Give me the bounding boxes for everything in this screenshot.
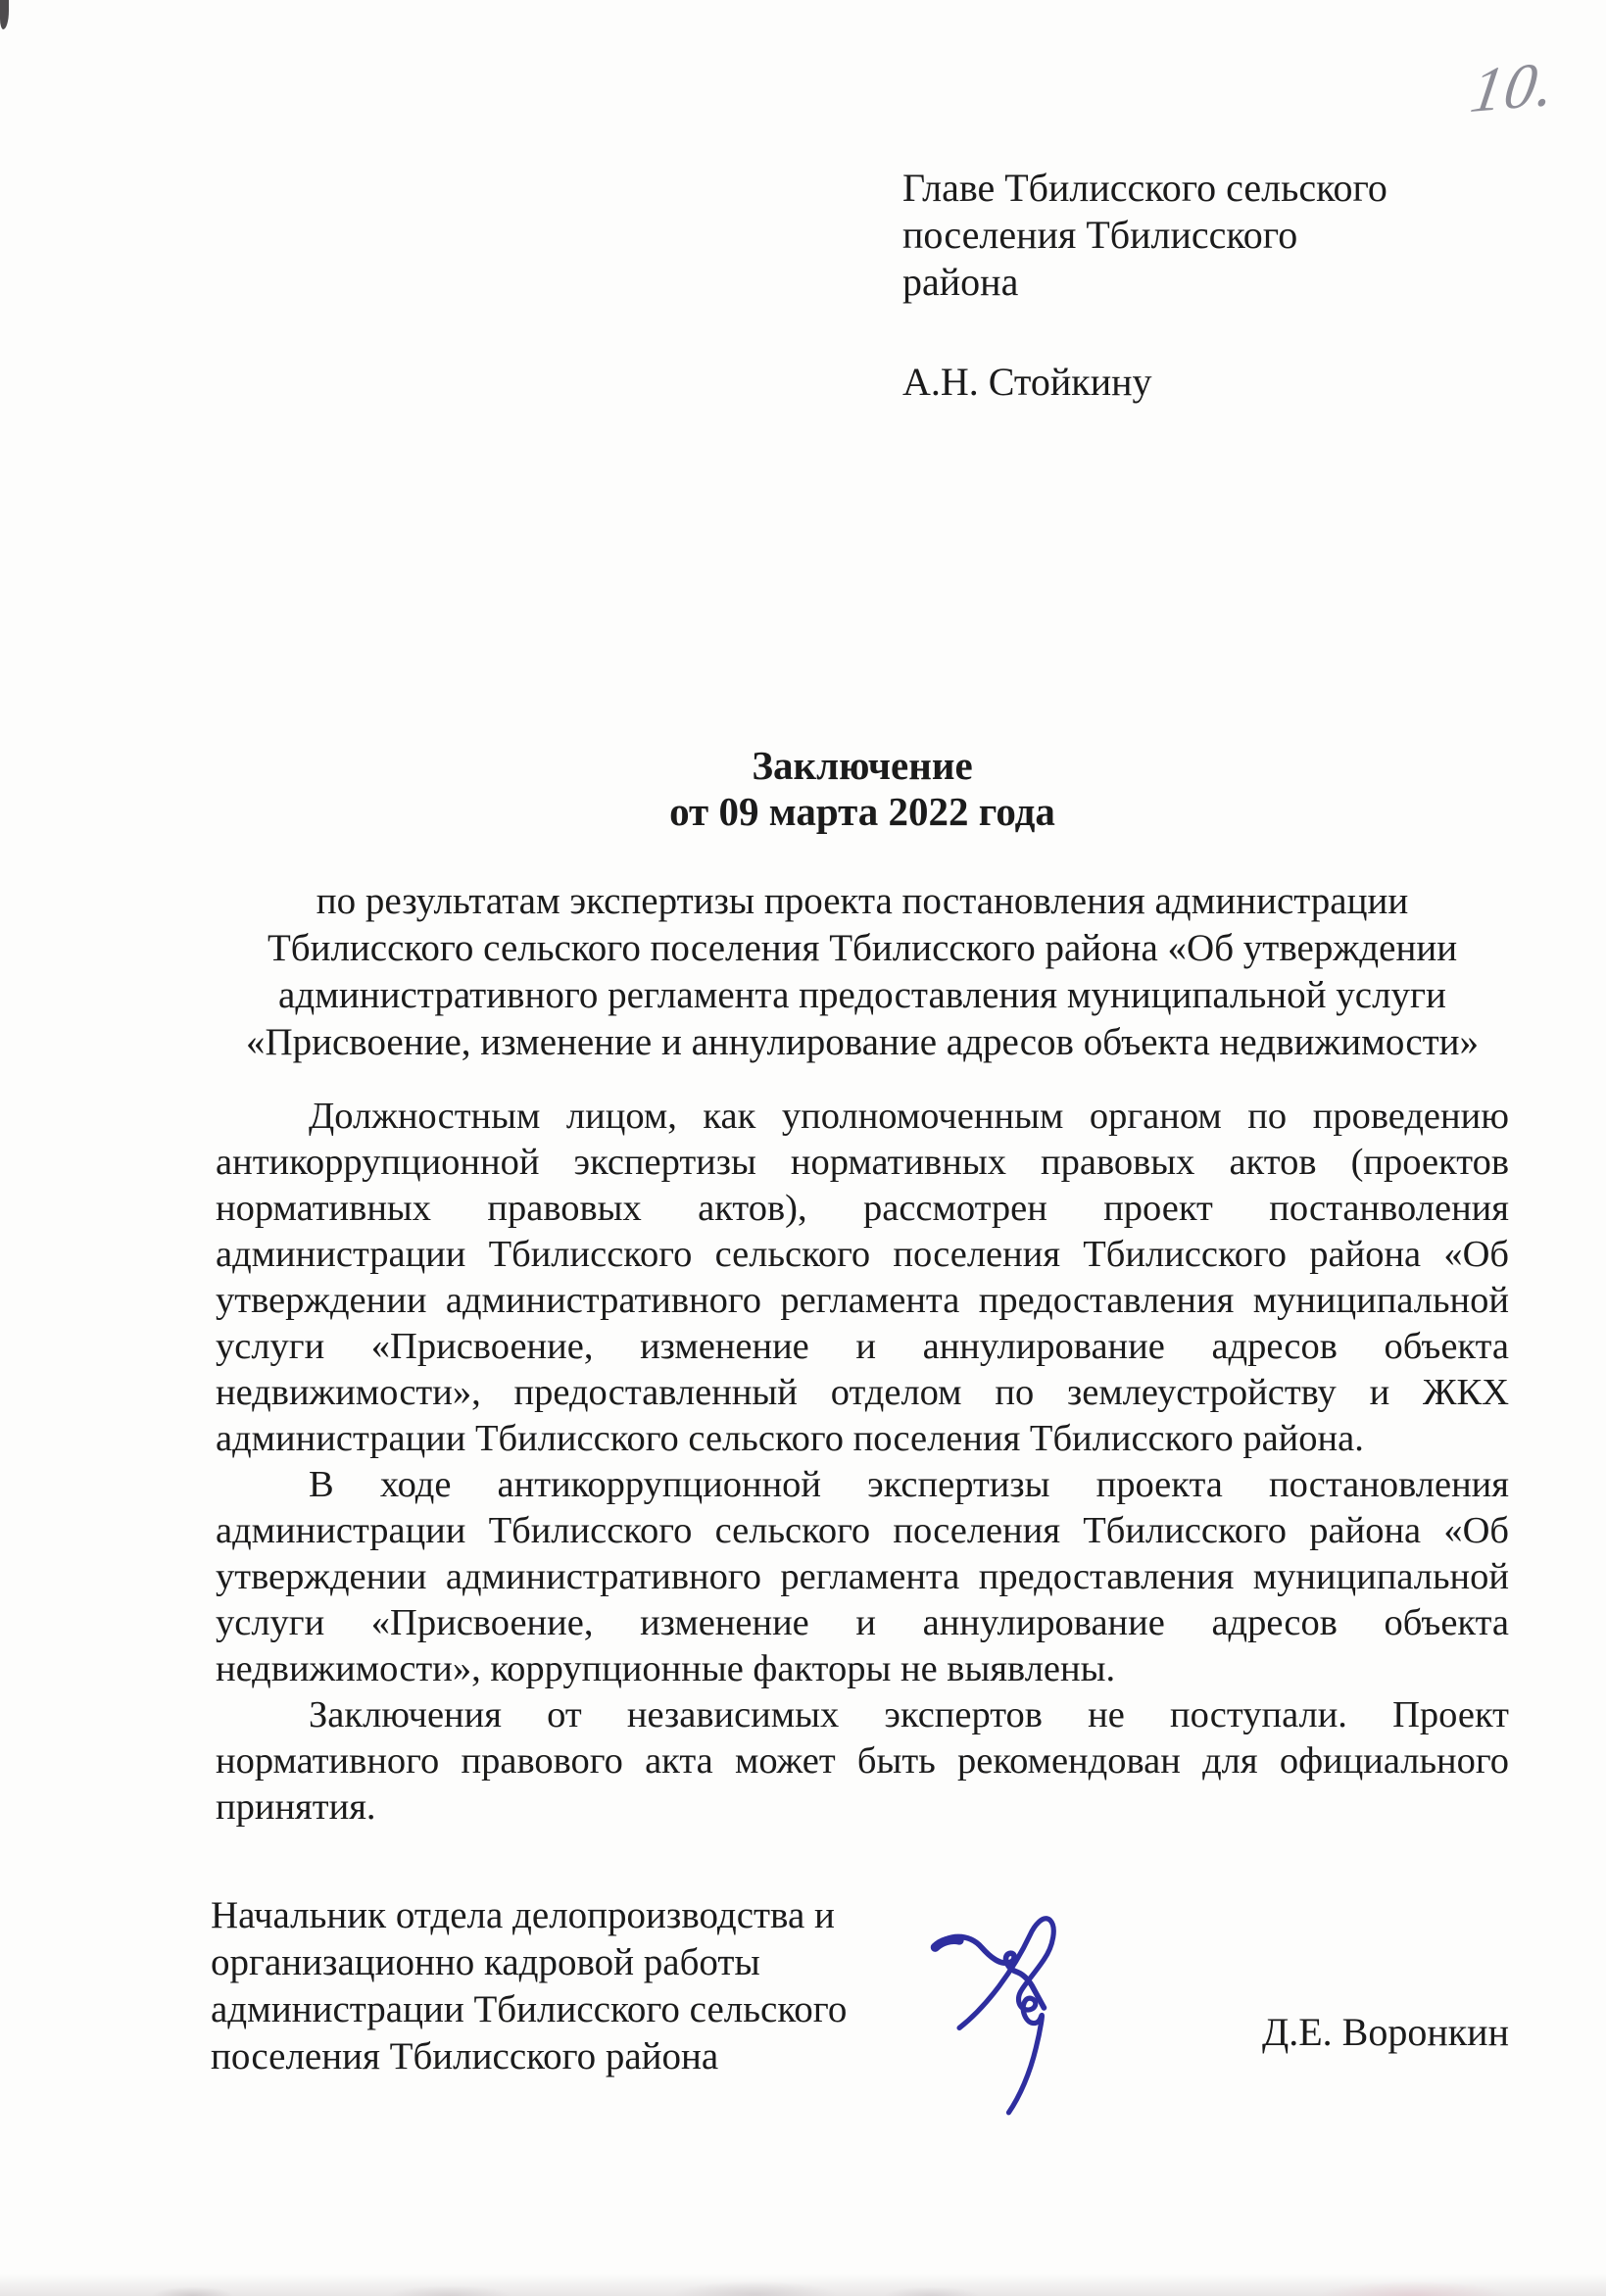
body-paragraph: Должностным лицом, как уполномоченным ор… <box>216 1094 1509 1462</box>
signer-position-line: Начальник отдела делопроизводства и <box>211 1892 916 1939</box>
signer-position-line: администрации Тбилисского сельского <box>211 1986 916 2033</box>
addressee-block: Главе Тбилисского сельского поселения Тб… <box>902 165 1412 406</box>
title-heading: Заключение <box>216 743 1509 789</box>
signer-name: Д.Е. Воронкин <box>1156 2009 1509 2055</box>
body-paragraph: Заключения от независимых экспертов не п… <box>216 1692 1509 1831</box>
scan-bottom-noise <box>0 2267 1606 2296</box>
signer-position-block: Начальник отдела делопроизводства и орга… <box>211 1892 916 2080</box>
addressee-line: поселения Тбилисского района <box>902 212 1412 306</box>
body-paragraph: В ходе антикоррупционной экспертизы прое… <box>216 1462 1509 1692</box>
addressee-line: Главе Тбилисского сельского <box>902 165 1412 212</box>
scanned-document-page: 10. Главе Тбилисского сельского поселени… <box>0 0 1606 2296</box>
document-body: Должностным лицом, как уполномоченным ор… <box>216 1094 1509 1831</box>
subject-line: административного регламента предоставле… <box>216 972 1509 1019</box>
scan-corner-artifact <box>0 0 9 29</box>
signer-position-line: организационно кадровой работы <box>211 1939 916 1986</box>
subject-line: «Присвоение, изменение и аннулирование а… <box>216 1019 1509 1066</box>
title-date: от 09 марта 2022 года <box>216 789 1509 835</box>
signer-position-line: поселения Тбилисского района <box>211 2033 916 2080</box>
subject-line: по результатам экспертизы проекта постан… <box>216 878 1509 925</box>
addressee-name: А.Н. Стойкину <box>902 359 1412 406</box>
subject-block: по результатам экспертизы проекта постан… <box>216 878 1509 1066</box>
document-title: Заключение от 09 марта 2022 года <box>216 743 1509 835</box>
subject-line: Тбилисского сельского поселения Тбилисск… <box>216 925 1509 972</box>
handwritten-signature-ink <box>925 1905 1133 2119</box>
handwritten-page-number: 10. <box>1466 47 1562 128</box>
